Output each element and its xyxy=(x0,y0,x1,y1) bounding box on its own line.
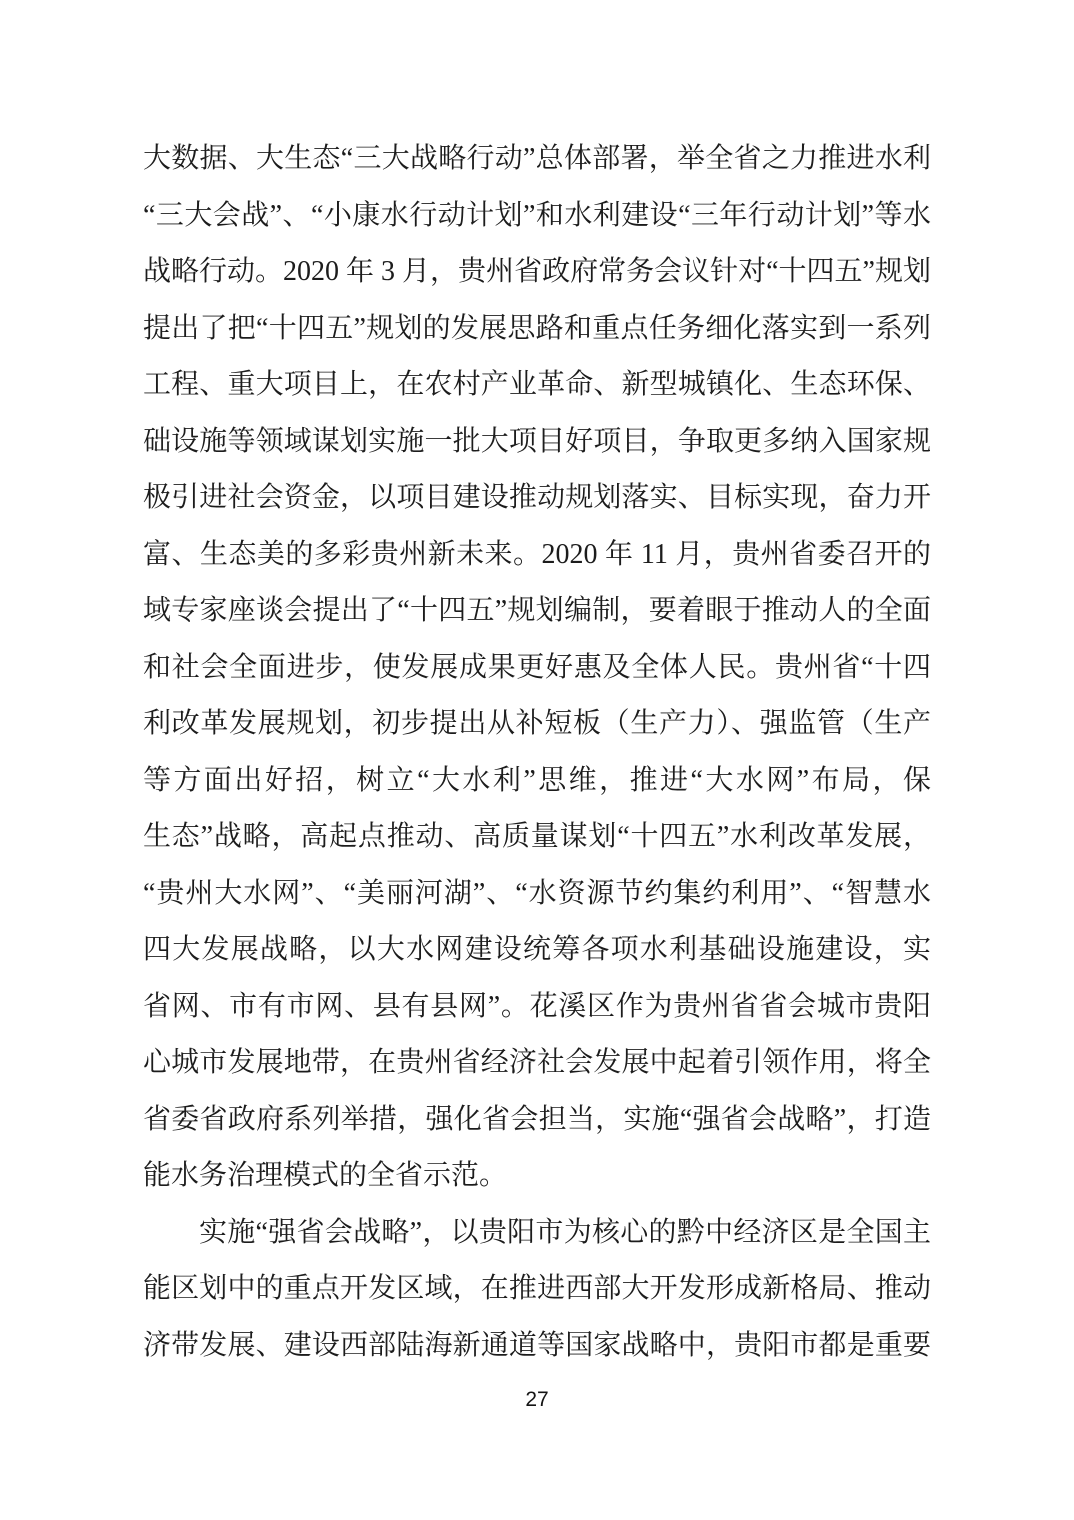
text-line: 省委省政府系列举措，强化省会担当，实施“强省会战略”，打造高效 xyxy=(143,1092,931,1149)
text-line: 实施“强省会战略”，以贵阳市为核心的黔中经济区是全国主体功 xyxy=(143,1205,931,1262)
text-line: 济带发展、建设西部陆海新通道等国家战略中，贵阳市都是重要的战略 xyxy=(143,1318,931,1375)
text-line: “三大会战”、“小康水行动计划”和水利建设“三年行动计划”等水利 xyxy=(143,188,931,245)
text-line: “贵州大水网”、“美丽河湖”、“水资源节约集约利用”、“智慧水利” xyxy=(143,866,931,923)
document-body: 大数据、大生态“三大战略行动”总体部署，举全省之力推进水利建设 “三大会战”、“… xyxy=(143,131,931,1374)
text-line: 能区划中的重点开发区域，在推进西部大开发形成新格局、推动长江经 xyxy=(143,1261,931,1318)
text-line: 和社会全面进步，使发展成果更好惠及全体人民。贵州省“十四五”水 xyxy=(143,640,931,697)
text-line: 能水务治理模式的全省示范。 xyxy=(143,1148,931,1205)
text-line: 大数据、大生态“三大战略行动”总体部署，举全省之力推进水利建设 xyxy=(143,131,931,188)
text-line: 利改革发展规划，初步提出从补短板（生产力）、强监管（生产关系） xyxy=(143,696,931,753)
text-line: 极引进社会资金，以项目建设推动规划落实、目标实现，奋力开创百姓 xyxy=(143,470,931,527)
page-number: 27 xyxy=(525,1388,548,1411)
text-line: 域专家座谈会提出了“十四五”规划编制，要着眼于推动人的全面发展 xyxy=(143,583,931,640)
text-line: 工程、重大项目上，在农村产业革命、新型城镇化、生态环保、新型基 xyxy=(143,357,931,414)
text-line: 提出了把“十四五”规划的发展思路和重点任务细化落实到一系列重大 xyxy=(143,301,931,358)
page-footer: 27 xyxy=(0,1388,1074,1412)
paragraph: 大数据、大生态“三大战略行动”总体部署，举全省之力推进水利建设 “三大会战”、“… xyxy=(143,131,931,1205)
document-page: 大数据、大生态“三大战略行动”总体部署，举全省之力推进水利建设 “三大会战”、“… xyxy=(0,0,1074,1520)
text-line: 心城市发展地带，在贵州省经济社会发展中起着引领作用，将全面落实 xyxy=(143,1035,931,1092)
text-line: 等方面出好招，树立“大水利”思维，推进“大水网”布局，保障“大 xyxy=(143,753,931,810)
text-line: 础设施等领域谋划实施一批大项目好项目，争取更多纳入国家规划，积 xyxy=(143,414,931,471)
text-line: 战略行动。2020 年 3 月，贵州省政府常务会议针对“十四五”规划编制， xyxy=(143,244,931,301)
text-line: 四大发展战略，以大水网建设统筹各项水利基础设施建设，实现“省有 xyxy=(143,922,931,979)
text-line: 省网、市有市网、县有县网”。花溪区作为贵州省省会城市贵阳市的中 xyxy=(143,979,931,1036)
paragraph: 实施“强省会战略”，以贵阳市为核心的黔中经济区是全国主体功 能区划中的重点开发区… xyxy=(143,1205,931,1375)
text-line: 富、生态美的多彩贵州新未来。2020 年 11 月，贵州省委召开的社会领 xyxy=(143,527,931,584)
text-line: 生态”战略，高起点推动、高质量谋划“十四五”水利改革发展，构建 xyxy=(143,809,931,866)
